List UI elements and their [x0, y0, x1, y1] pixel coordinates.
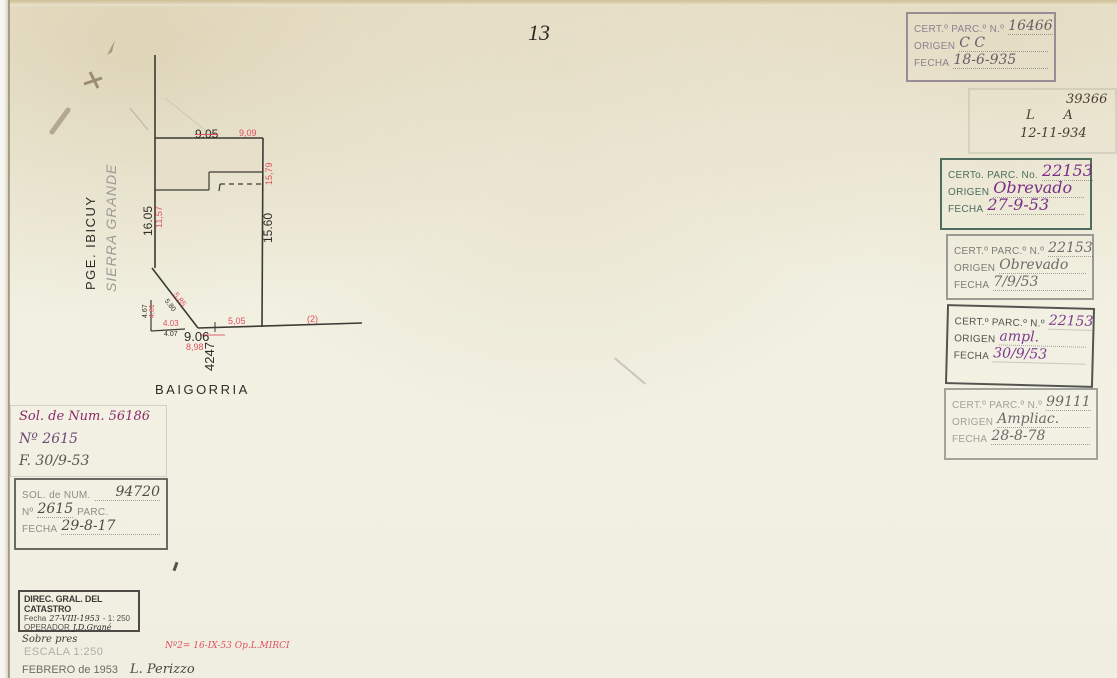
note-signature: L. Perizzo: [130, 662, 195, 677]
dim-top-original: 9.05: [195, 127, 218, 141]
dim-bottom-left-segment: 4.03: [163, 319, 179, 328]
street-label-sierra-grande: SIERRA GRANDE: [103, 164, 119, 292]
catastro-operador-value: J.D.Grané: [73, 623, 112, 632]
door-number: 4247: [202, 342, 217, 371]
dim-corner-vertical-corrected: 4,61: [149, 304, 156, 318]
dim-right-original: 15.60: [261, 213, 275, 243]
catastro-operador-label: OPERADOR: [24, 623, 70, 632]
catastro-escala: - 1: 250: [103, 614, 130, 623]
catastro-title: DIREC. GRAL. DEL CATASTRO: [24, 594, 134, 614]
dim-left-corrected: 11,57: [154, 206, 164, 228]
sol1-line1: Sol. de Num. 56186: [19, 409, 150, 424]
faded-stamp-origin: L A: [1026, 108, 1073, 123]
solicitud-numero-handwritten: Sol. de Num. 56186 Nº 2615 F. 30/9-53: [10, 405, 167, 477]
catastro-fecha-label: Fecha: [24, 614, 46, 623]
catastro-stamp: DIREC. GRAL. DEL CATASTRO Fecha 27-VIII-…: [18, 590, 140, 632]
dim-bottom-right-segment: 5,05: [228, 316, 246, 326]
dim-left-original: 16.05: [141, 206, 155, 236]
dim-bottom-left-small: 4.07: [164, 331, 178, 338]
street-label-baigorria: BAIGORRIA: [155, 382, 250, 397]
sol1-line2: Nº 2615: [19, 431, 78, 447]
sol1-line3: F. 30/9-53: [19, 453, 89, 469]
cert-parcel-stamp-5: CERT.º PARC.º N.º99111 ORIGENAmpliac. FE…: [944, 388, 1098, 460]
faded-stamp-number: 39366: [1066, 92, 1107, 107]
cert-parcel-stamp-4: CERT.º PARC.º N.º22153 ORIGENampl. FECHA…: [945, 304, 1095, 388]
dim-top-corrected: 9,09: [239, 128, 257, 138]
cert-parcel-stamp-3: CERT.º PARC.º N.º22153 ORIGENObrevado FE…: [946, 234, 1094, 300]
note-escala: ESCALA 1:250: [24, 646, 103, 658]
dim-bottom-corrected: 8,98: [186, 342, 204, 352]
note-red-operator: Nº2= 16-IX-53 Op.L.MIRCI: [165, 641, 290, 651]
note-febrero: FEBRERO de 1953: [22, 664, 118, 676]
catastro-fecha-value: 27-VIII-1953: [49, 614, 100, 623]
note-sobre: Sobre pres: [22, 634, 77, 645]
adjacent-lot-label: (2): [307, 314, 318, 324]
solicitud-numero-stamp: SOL. de NUM.94720 Nº2615PARC. FECHA29-8-…: [14, 478, 168, 550]
cert-parcel-stamp-2: CERTo. PARC. No.22153 ORIGENObrevado FEC…: [940, 158, 1092, 230]
dim-corner-vertical: 4.67: [142, 304, 149, 318]
cert-parcel-stamp-1: CERT.º PARC.º N.º16466 ORIGENC C FECHA18…: [906, 12, 1056, 82]
dim-right-corrected: 15,79: [264, 162, 274, 185]
faded-stamp-date: 12-11-934: [1020, 126, 1087, 141]
street-label-pge-ibicuy: PGE. IBICUY: [83, 195, 98, 290]
